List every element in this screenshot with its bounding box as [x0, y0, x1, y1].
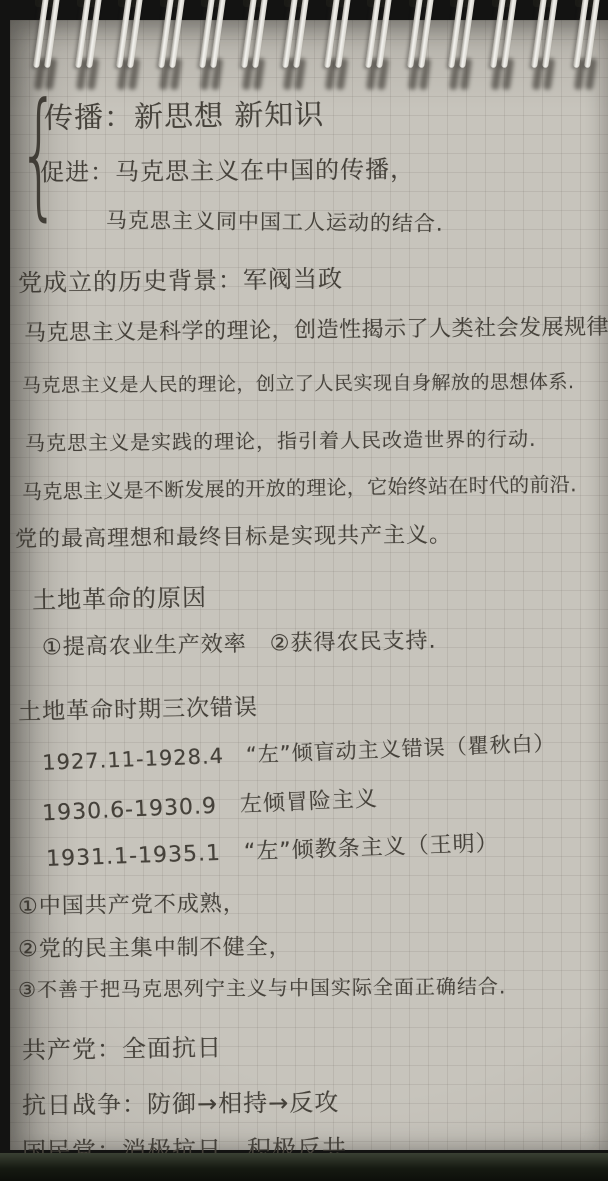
spiral-ring-icon — [366, 0, 392, 94]
spiral-binding — [34, 0, 600, 94]
note-line: 1930.6-1930.9 左倾冒险主义 — [41, 782, 378, 828]
spiral-ring-icon — [532, 0, 558, 94]
note-line: 1927.11-1928.4 “左”倾盲动主义错误（瞿秋白） — [42, 727, 556, 777]
notebook-page: { 传播：新思想 新知识 促进：马克思主义在中国的传播， 马克思主义同中国工人运… — [10, 20, 608, 1150]
note-line: ①中国共产党不成熟， — [18, 886, 246, 920]
spiral-ring-icon — [491, 0, 517, 94]
spiral-ring-icon — [200, 0, 226, 94]
note-line: 促进：马克思主义在中国的传播， — [40, 149, 415, 187]
note-line: ③不善于把马克思列宁主义与中国实际全面正确结合. — [18, 970, 506, 1002]
spiral-ring-icon — [76, 0, 102, 94]
spiral-ring-icon — [159, 0, 185, 94]
note-line: 土地革命的原因 — [32, 577, 208, 615]
note-line: 共产党：全面抗日 — [22, 1028, 222, 1066]
notebook-photo: { 传播：新思想 新知识 促进：马克思主义在中国的传播， 马克思主义同中国工人运… — [0, 0, 608, 1181]
note-line: 土地革命时期三次错误 — [18, 688, 259, 726]
spiral-ring-icon — [117, 0, 143, 94]
spiral-ring-icon — [574, 0, 600, 94]
note-line: 马克思主义是实践的理论，指引着人民改造世界的行动. — [25, 423, 537, 456]
spiral-ring-icon — [34, 0, 60, 94]
note-line: 马克思主义是科学的理论，创造性揭示了人类社会发展规律 — [24, 310, 608, 347]
spiral-ring-icon — [325, 0, 351, 94]
spiral-ring-icon — [242, 0, 268, 94]
spiral-ring-icon — [408, 0, 434, 94]
note-line: 传播：新思想 新知识 — [44, 92, 325, 137]
spiral-ring-icon — [449, 0, 475, 94]
note-line: 马克思主义是人民的理论，创立了人民实现自身解放的思想体系. — [22, 367, 575, 398]
note-line: ①提高农业生产效率 ②获得农民支持. — [42, 624, 437, 662]
note-line: ②党的民主集中制不健全， — [18, 930, 292, 963]
note-line: 党的最高理想和最终目标是实现共产主义。 — [15, 518, 452, 554]
note-line: 马克思主义同中国工人运动的结合. — [106, 204, 444, 238]
note-line: 党成立的历史背景：军阀当政 — [18, 259, 343, 299]
note-line: 抗日战争：防御→相持→反攻 — [22, 1082, 340, 1120]
table-surface — [0, 1153, 608, 1181]
spiral-ring-icon — [283, 0, 309, 94]
note-line: 1931.1-1935.1 “左”倾教条主义（王明） — [46, 826, 500, 873]
note-line: 马克思主义是不断发展的开放的理论，它始终站在时代的前沿. — [22, 468, 577, 505]
